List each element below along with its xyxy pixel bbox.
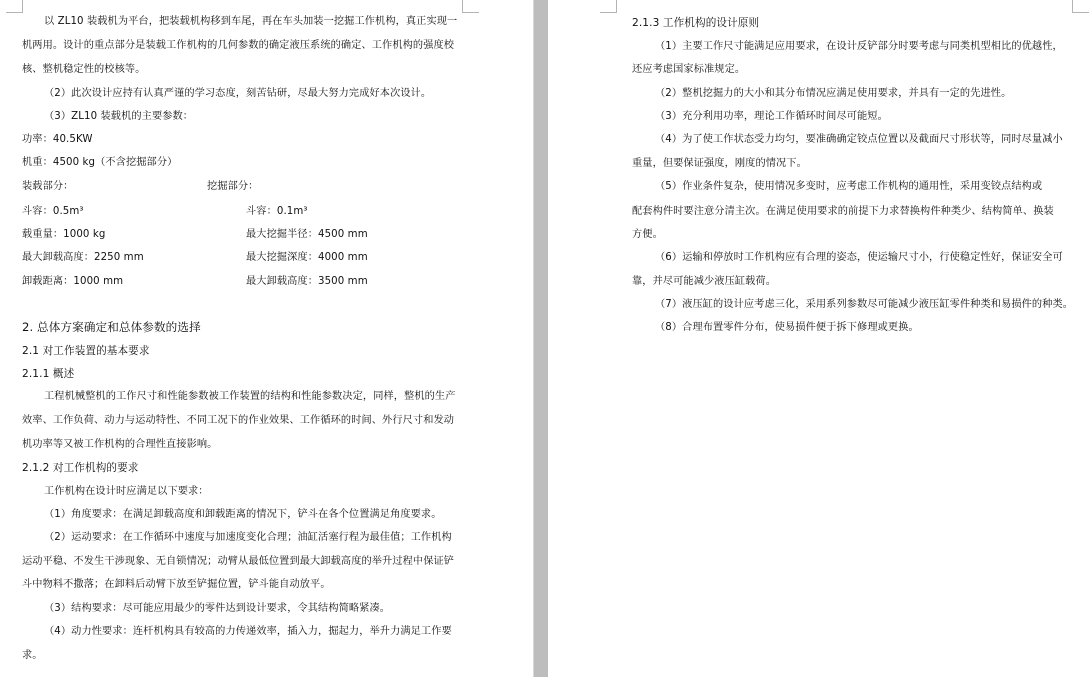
section-heading: 2. 总体方案确定和总体参数的选择 bbox=[22, 320, 201, 334]
paragraph-line: （2）整机挖掘力的大小和其分布情况应满足使用要求，并具有一定的先进性。 bbox=[655, 87, 1011, 101]
subsection-heading: 2.1 对工作装置的基本要求 bbox=[22, 344, 150, 358]
excavator-param: 最大卸载高度：3500 mm bbox=[246, 275, 368, 289]
page-gutter bbox=[533, 0, 549, 677]
paragraph-line: 配套构件时要注意分清主次。在满足使用要求的前提下力求替换构件种类少、结构简单、换… bbox=[632, 205, 1054, 219]
document-page-left: 以 ZL10 装载机为平台，把装载机构移到车尾，再在车头加装一挖掘工作机构，真正… bbox=[0, 0, 533, 677]
paragraph-line: 机两用。设计的重点部分是装载工作机构的几何参数的确定液压系统的确定、工作机构的强… bbox=[22, 39, 454, 53]
paragraph-line: 重量，但要保证强度，刚度的情况下。 bbox=[632, 157, 807, 171]
param-weight: 机重：4500 kg（不含挖掘部分） bbox=[22, 156, 177, 170]
paragraph-line: （1）角度要求：在满足卸载高度和卸载距离的情况下，铲斗在各个位置满足角度要求。 bbox=[44, 508, 442, 522]
loader-heading: 装载部分： bbox=[22, 180, 73, 194]
paragraph-line: 斗中物料不撒落；在卸料后动臂下放至铲掘位置，铲斗能自动放平。 bbox=[22, 578, 331, 592]
subsection-heading: 2.1.1 概述 bbox=[22, 367, 74, 381]
document-page-right: 2.1.3 工作机构的设计原则 （1）主要工作尺寸能满足应用要求，在设计反铲部分… bbox=[548, 0, 1091, 677]
paragraph-line: （7）液压缸的设计应考虑三化，采用系列参数尽可能减少液压缸零件种类和易损件的种类… bbox=[655, 298, 1073, 312]
excavator-param: 最大挖掘深度：4000 mm bbox=[246, 251, 368, 265]
paragraph-line: （3）ZL10 装载机的主要参数： bbox=[44, 110, 193, 124]
paragraph-line: （5）作业条件复杂，使用情况多变时，应考虑工作机构的通用性，采用变铰点结构或 bbox=[655, 180, 1042, 194]
page-corner-mark bbox=[462, 0, 479, 13]
paragraph-line: 方便。 bbox=[632, 228, 663, 242]
excavator-param: 最大挖掘半径：4500 mm bbox=[246, 228, 368, 242]
paragraph-line: 运动平稳、不发生干涉现象、无自锁情况；动臂从最低位置到最大卸载高度的举升过程中保… bbox=[22, 555, 454, 569]
paragraph-line: 求。 bbox=[22, 649, 43, 663]
excavator-heading: 挖掘部分： bbox=[207, 180, 258, 194]
excavator-param: 斗容：0.1m³ bbox=[246, 205, 308, 219]
loader-param: 卸载距离：1000 mm bbox=[22, 275, 123, 289]
paragraph-line: （3）充分利用功率，理论工作循环时间尽可能短。 bbox=[655, 110, 888, 124]
paragraph-line: 工作机构在设计时应满足以下要求： bbox=[44, 485, 209, 499]
paragraph-line: （2）运动要求：在工作循环中速度与加速度变化合理；油缸活塞行程为最佳值；工作机构 bbox=[44, 531, 452, 545]
loader-param: 斗容：0.5m³ bbox=[22, 205, 84, 219]
subsection-heading: 2.1.2 对工作机构的要求 bbox=[22, 461, 138, 475]
paragraph-line: （4）动力性要求：连杆机构具有较高的力传递效率，插入力，掘起力，举升力满足工作要 bbox=[44, 625, 452, 639]
paragraph-line: （1）主要工作尺寸能满足应用要求，在设计反铲部分时要考虑与同类机型相比的优越性， bbox=[655, 40, 1063, 54]
loader-param: 最大卸载高度：2250 mm bbox=[22, 251, 144, 265]
page-corner-mark bbox=[6, 0, 23, 13]
paragraph-line: （2）此次设计应持有认真严谨的学习态度，刻苦钻研，尽最大努力完成好本次设计。 bbox=[44, 87, 431, 101]
paragraph-line: （8）合理布置零件分布，使易损件便于拆下修理或更换。 bbox=[655, 321, 919, 335]
paragraph-line: （6）运输和停放时工作机构应有合理的姿态，使运输尺寸小，行使稳定性好，保证安全可 bbox=[655, 251, 1063, 265]
paragraph-line: （4）为了使工作状态受力均匀，要准确确定铰点位置以及截面尺寸形状等，同时尽量减小 bbox=[655, 133, 1063, 147]
page-corner-mark bbox=[600, 0, 617, 13]
paragraph-line: 核、整机稳定性的校核等。 bbox=[22, 63, 145, 77]
page-corner-mark bbox=[1072, 0, 1089, 13]
paragraph-line: 靠，并尽可能减少液压缸载荷。 bbox=[632, 275, 776, 289]
subsection-heading: 2.1.3 工作机构的设计原则 bbox=[632, 16, 759, 30]
paragraph-line: 还应考虑国家标准规定。 bbox=[632, 63, 745, 77]
paragraph-line: 以 ZL10 装载机为平台，把装载机构移到车尾，再在车头加装一挖掘工作机构，真正… bbox=[44, 15, 457, 29]
paragraph-line: 工程机械整机的工作尺寸和性能参数被工作装置的结构和性能参数决定，同样，整机的生产 bbox=[44, 390, 456, 404]
paragraph-line: 机功率等又被工作机构的合理性直接影响。 bbox=[22, 438, 217, 452]
param-power: 功率：40.5KW bbox=[22, 133, 93, 147]
paragraph-line: （3）结构要求：尽可能应用最少的零件达到设计要求，令其结构简略紧凑。 bbox=[44, 602, 390, 616]
loader-param: 载重量：1000 kg bbox=[22, 228, 105, 242]
paragraph-line: 效率、工作负荷、动力与运动特性、不同工况下的作业效果、工作循环的时间、外行尺寸和… bbox=[22, 414, 454, 428]
